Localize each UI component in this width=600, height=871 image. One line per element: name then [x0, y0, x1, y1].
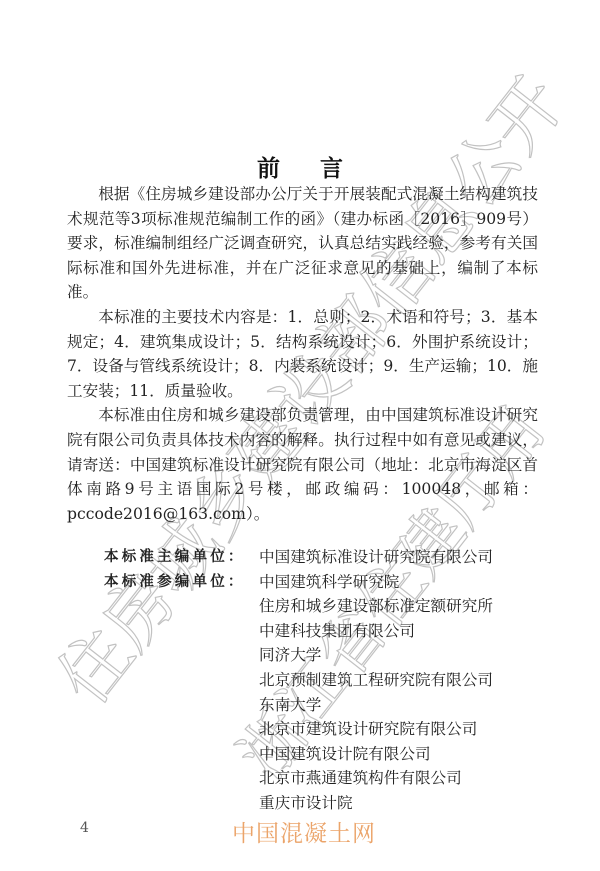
editor-units: 本标准主编单位： 中国建筑标准设计研究院有限公司 本标准参编单位： 中国建筑科学…: [104, 545, 493, 816]
paragraph-contents: 本标准的主要技术内容是：1．总则；2．术语和符号；3．基本规定；4．建筑集成设计…: [67, 305, 538, 403]
participating-editors-list: 中国建筑科学研究院 住房和城乡建设部标准定额研究所 中建科技集团有限公司 同济大…: [259, 570, 493, 816]
page-title: 前言: [0, 150, 600, 183]
participating-editors-label: 本标准参编单位：: [104, 570, 259, 816]
chief-editor-label: 本标准主编单位：: [104, 545, 259, 570]
participating-unit: 东南大学: [259, 693, 493, 718]
site-logo-text: 中国混凝土网: [0, 815, 600, 848]
participating-unit: 住房和城乡建设部标准定额研究所: [259, 594, 493, 619]
participating-editors-row: 本标准参编单位： 中国建筑科学研究院 住房和城乡建设部标准定额研究所 中建科技集…: [104, 570, 493, 816]
participating-unit: 中建科技集团有限公司: [259, 619, 493, 644]
participating-unit: 同济大学: [259, 643, 493, 668]
paragraph-basis: 根据《住房城乡建设部办公厅关于开展装配式混凝土结构建筑技术规范等3项标准规范编制…: [67, 182, 538, 305]
preface-body: 根据《住房城乡建设部办公厅关于开展装配式混凝土结构建筑技术规范等3项标准规范编制…: [67, 182, 538, 526]
participating-unit: 北京预制建筑工程研究院有限公司: [259, 668, 493, 693]
chief-editor-unit: 中国建筑标准设计研究院有限公司: [259, 545, 493, 570]
chief-editor-row: 本标准主编单位： 中国建筑标准设计研究院有限公司: [104, 545, 493, 570]
participating-unit: 中国建筑科学研究院: [259, 570, 493, 595]
participating-unit: 中国建筑设计院有限公司: [259, 742, 493, 767]
participating-unit: 北京市建筑设计研究院有限公司: [259, 717, 493, 742]
participating-unit: 北京市燕通建筑构件有限公司: [259, 766, 493, 791]
paragraph-management: 本标准由住房和城乡建设部负责管理，由中国建筑标准设计研究院有限公司负责具体技术内…: [67, 403, 538, 526]
participating-unit: 重庆市设计院: [259, 791, 493, 816]
